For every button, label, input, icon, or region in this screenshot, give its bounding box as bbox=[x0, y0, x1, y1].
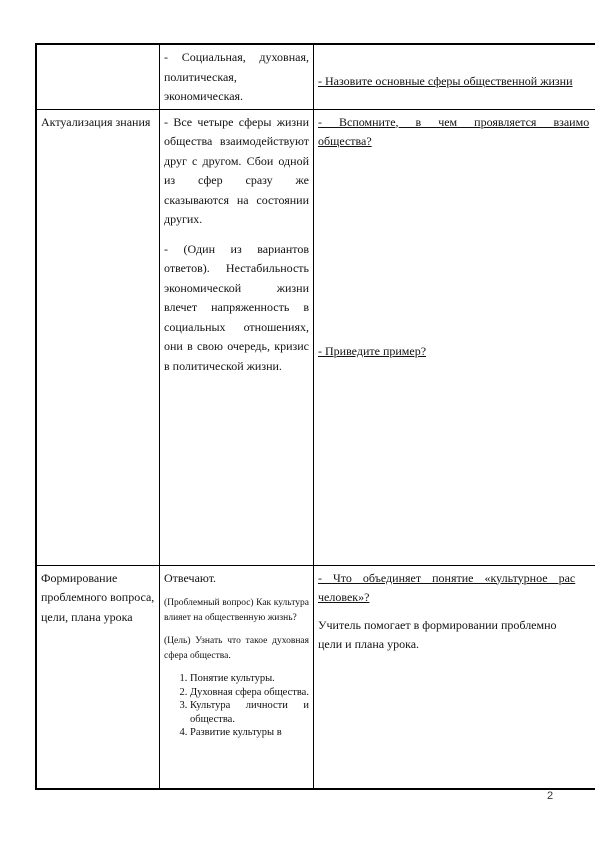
table-row: - Социальная, духовная, политическая, эк… bbox=[36, 44, 595, 109]
teacher-question-cont: человек»? bbox=[318, 588, 595, 608]
teacher-question-example: - Приведите пример? bbox=[318, 342, 595, 362]
student-activity-cell: - Все четыре сферы жизни общества взаимо… bbox=[160, 109, 314, 565]
teacher-question-cont: общества? bbox=[318, 132, 595, 152]
page-number: 2 bbox=[547, 790, 553, 802]
student-activity-cell: Отвечают. (Проблемный вопрос) Как культу… bbox=[160, 565, 314, 789]
stage-cell bbox=[36, 44, 160, 109]
student-answer-example: - (Один из вариантов ответов). Нестабиль… bbox=[164, 240, 309, 377]
teacher-activity-cell: - Назовите основные сферы общественной ж… bbox=[314, 44, 595, 109]
teacher-activity-cell: - Что объединяет понятие «культурное рас… bbox=[314, 565, 595, 789]
teacher-question: - Что объединяет понятие «культурное рас bbox=[318, 569, 595, 589]
teacher-question: - Вспомните, в чем проявляется взаимо bbox=[318, 113, 595, 133]
lesson-plan-list: Понятие культуры. Духовная сфера обществ… bbox=[164, 672, 309, 740]
plan-item: Культура личности и общества. bbox=[190, 699, 309, 726]
lesson-plan-table: - Социальная, духовная, политическая, эк… bbox=[35, 43, 595, 790]
document-page: - Социальная, духовная, политическая, эк… bbox=[0, 0, 595, 842]
problem-question: (Проблемный вопрос) Как культура влияет … bbox=[164, 596, 309, 626]
student-activity-cell: - Социальная, духовная, политическая, эк… bbox=[160, 44, 314, 109]
student-answer: Отвечают. bbox=[164, 569, 309, 589]
plan-item: Развитие культуры в bbox=[190, 726, 309, 740]
table-row: Актуализация знания - Все четыре сферы ж… bbox=[36, 109, 595, 565]
stage-cell: Актуализация знания bbox=[36, 109, 160, 565]
plan-item: Духовная сфера общества. bbox=[190, 686, 309, 700]
table-row: Формирование проблемного вопроса, цели, … bbox=[36, 565, 595, 789]
student-answer: - Социальная, духовная, политическая, эк… bbox=[164, 48, 309, 107]
stage-cell: Формирование проблемного вопроса, цели, … bbox=[36, 565, 160, 789]
teacher-note: Учитель помогает в формировании проблемн… bbox=[318, 616, 595, 636]
lesson-goal: (Цель) Узнать что такое духовная сфера о… bbox=[164, 634, 309, 664]
teacher-activity-cell: - Вспомните, в чем проявляется взаимо об… bbox=[314, 109, 595, 565]
teacher-question: - Назовите основные сферы общественной ж… bbox=[318, 72, 595, 92]
student-answer: - Все четыре сферы жизни общества взаимо… bbox=[164, 113, 309, 230]
plan-item: Понятие культуры. bbox=[190, 672, 309, 686]
teacher-note-cont: цели и плана урока. bbox=[318, 635, 595, 655]
